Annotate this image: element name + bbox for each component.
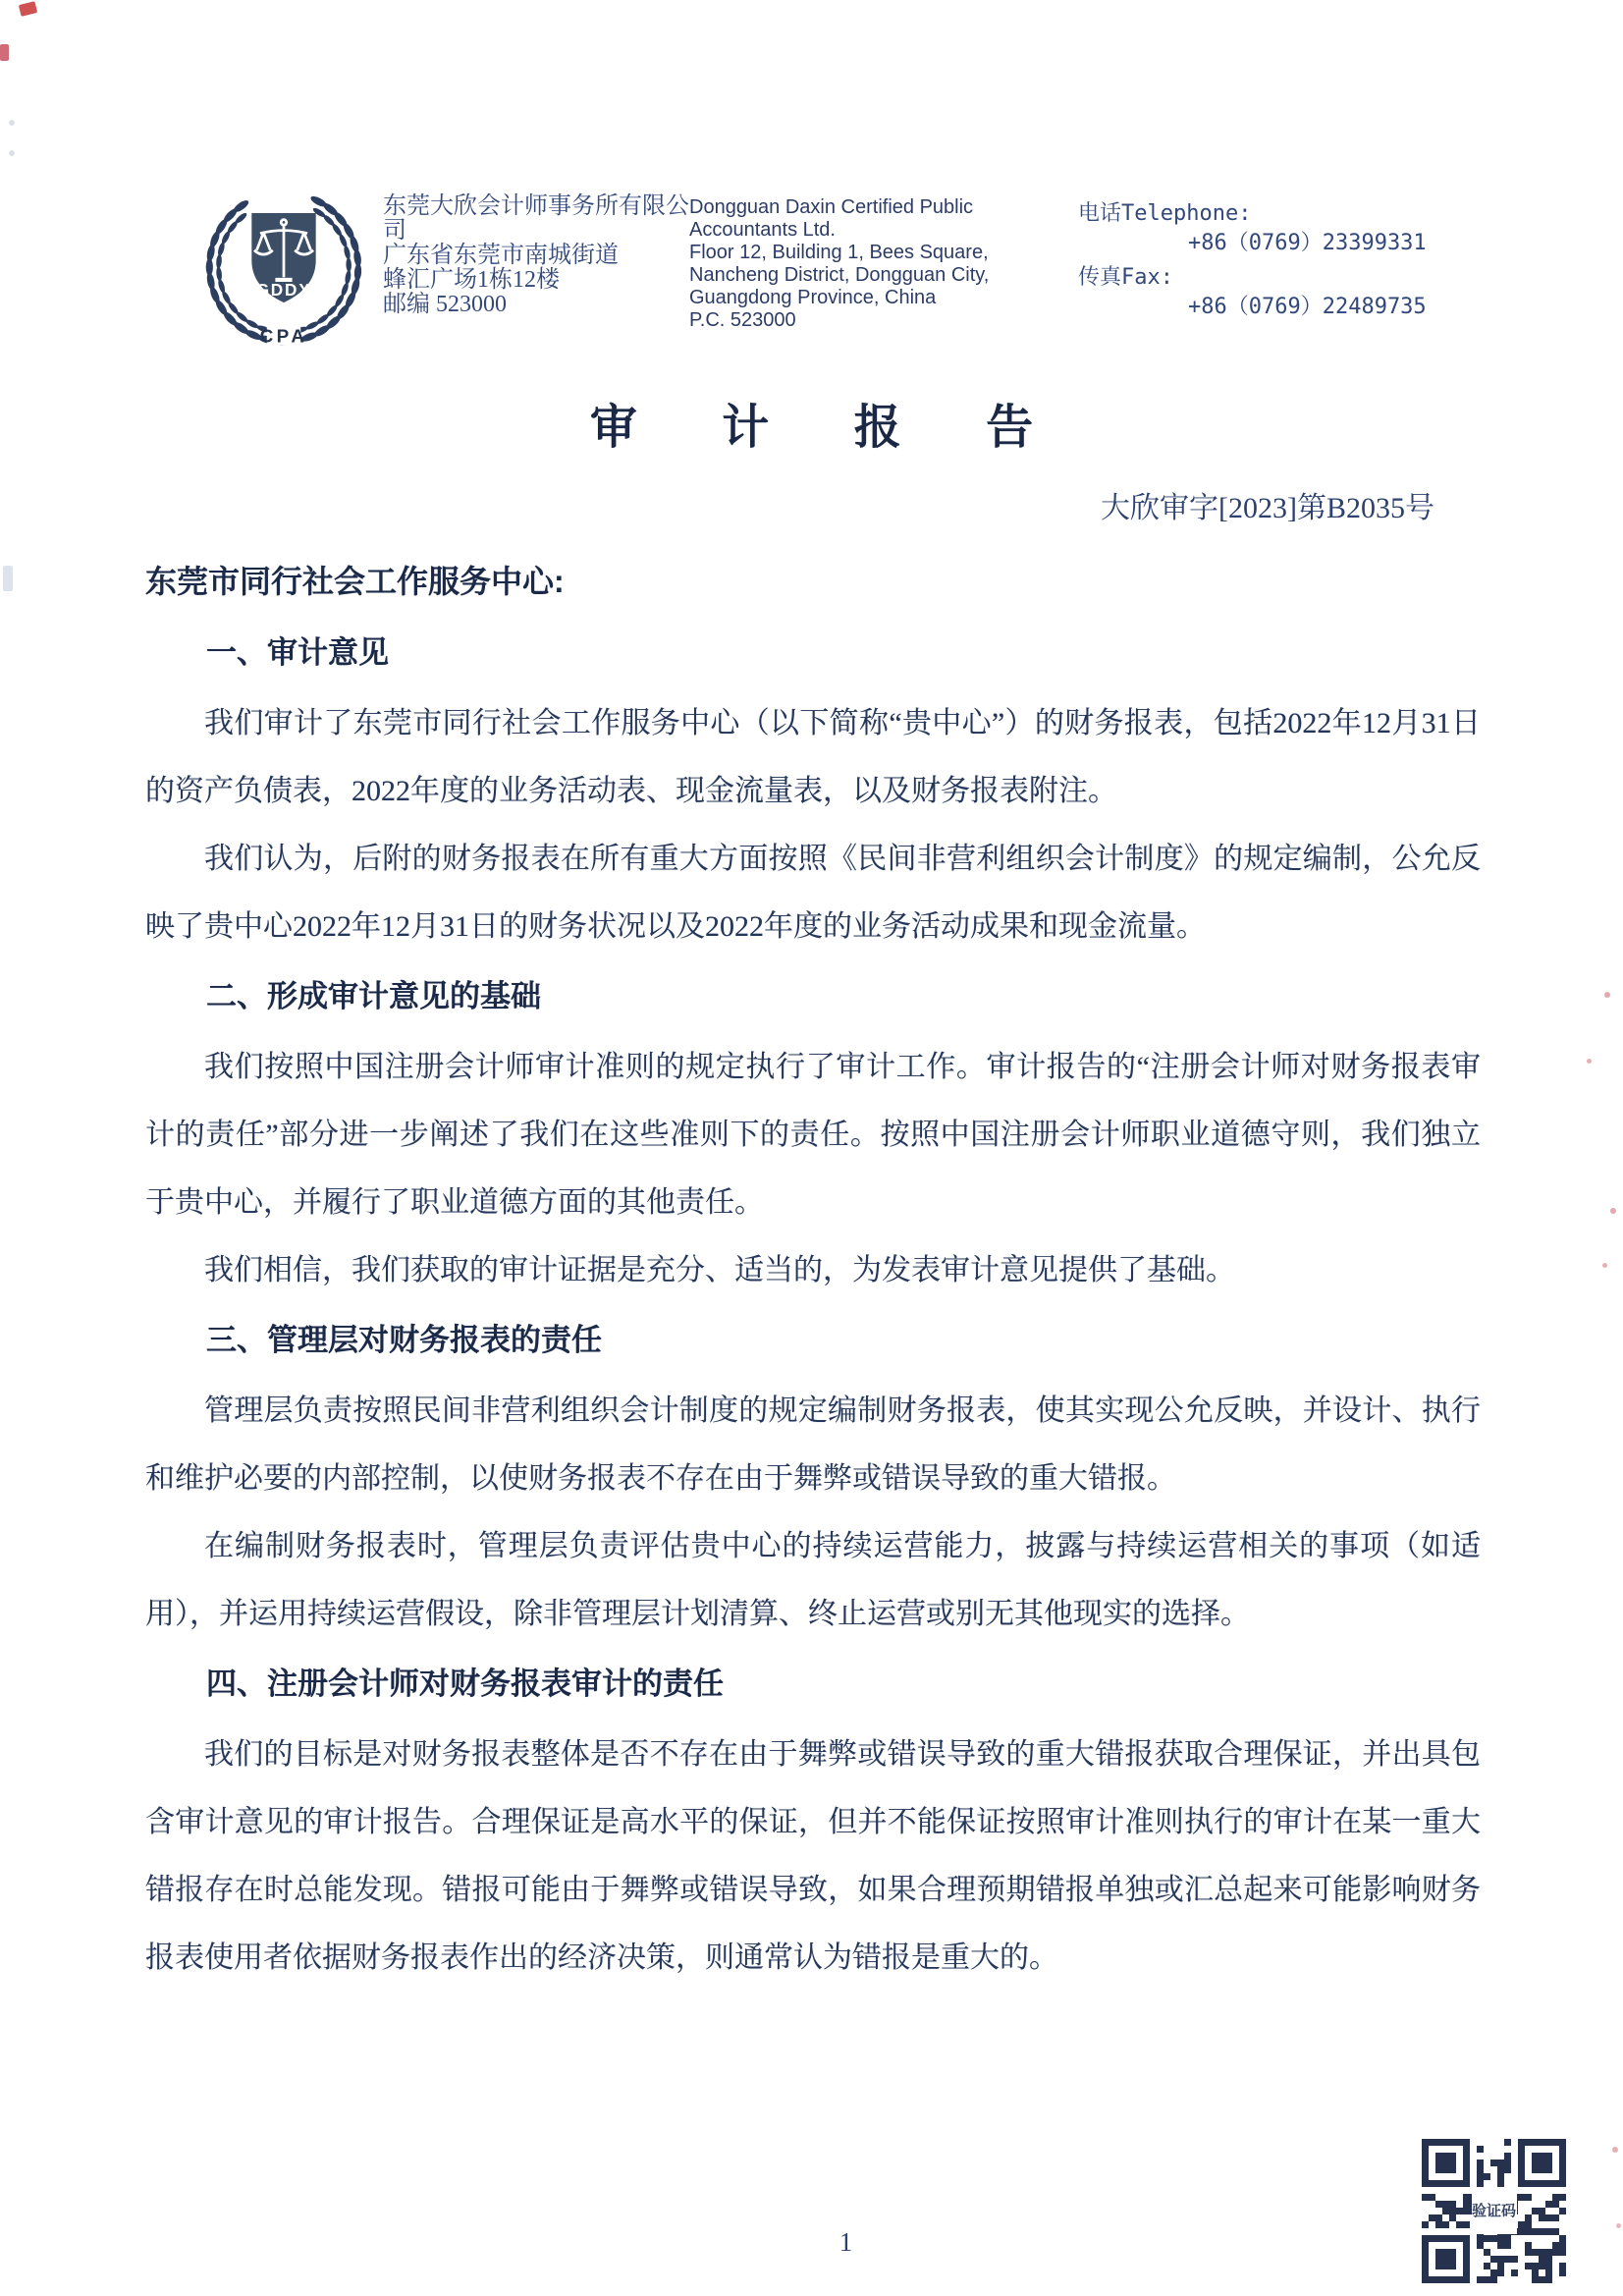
scan-artifact-red-mark bbox=[0, 44, 9, 61]
addressee: 东莞市同行社会工作服务中心: bbox=[145, 546, 1481, 617]
section-2-paragraph-2: 我们相信，我们获取的审计证据是充分、适当的，为发表审计意见提供了基础。 bbox=[145, 1236, 1481, 1304]
scan-artifact-red-dot bbox=[1612, 2147, 1618, 2153]
section-3-paragraph-2: 在编制财务报表时，管理层负责评估贵中心的持续运营能力，披露与持续运营相关的事项（… bbox=[145, 1512, 1481, 1648]
section-heading-2: 二、形成审计意见的基础 bbox=[145, 960, 1481, 1033]
company-name-cn: 东莞大欣会计师事务所有限公司 bbox=[383, 194, 699, 244]
company-postcode-cn: 邮编 523000 bbox=[383, 293, 699, 317]
report-body: 东莞市同行社会工作服务中心: 一、审计意见 我们审计了东莞市同行社会工作服务中心… bbox=[145, 546, 1481, 1992]
logo-shield-text: GDDX bbox=[256, 280, 312, 300]
company-address-cn-2: 蜂汇广场1栋12楼 bbox=[383, 268, 699, 293]
company-postcode-en: P.C. 523000 bbox=[689, 309, 1074, 332]
audit-report-page: GDDX CPA 东莞大欣会计师事务所有限公司 广东省东莞市南城街道 蜂汇广场1… bbox=[0, 0, 1623, 2296]
section-2-paragraph-1: 我们按照中国注册会计师审计准则的规定执行了审计工作。审计报告的“注册会计师对财务… bbox=[145, 1033, 1481, 1236]
company-name-english-block: Dongguan Daxin Certified Public Accounta… bbox=[689, 196, 1074, 332]
scan-artifact-smudge bbox=[3, 566, 13, 591]
cpa-firm-logo: GDDX CPA bbox=[199, 181, 368, 354]
report-title: 审计报告 bbox=[0, 389, 1623, 457]
scan-artifact-red-dot bbox=[1604, 992, 1610, 998]
scan-artifact-red-dot bbox=[1602, 1263, 1607, 1268]
company-name-en: Dongguan Daxin Certified Public Accounta… bbox=[689, 196, 1074, 242]
scan-artifact-dot bbox=[9, 120, 15, 126]
section-heading-4: 四、注册会计师对财务报表审计的责任 bbox=[145, 1648, 1481, 1721]
contact-block: 电话Telephone: +86（0769）23399331 传真Fax: +8… bbox=[1078, 200, 1530, 328]
section-heading-3: 三、管理层对财务报表的责任 bbox=[145, 1304, 1481, 1377]
scan-artifact-red-mark bbox=[19, 1, 37, 17]
scales-of-justice-emblem-icon: GDDX CPA bbox=[199, 181, 368, 354]
scan-artifact-red-dot bbox=[1610, 1208, 1616, 1214]
fax-label: 传真Fax: bbox=[1078, 264, 1530, 292]
section-4-paragraph-1: 我们的目标是对财务报表整体是否不存在由于舞弊或错误导致的重大错报获取合理保证，并… bbox=[145, 1721, 1481, 1992]
logo-cpa-text: CPA bbox=[260, 327, 308, 348]
fax-number: +86（0769）22489735 bbox=[1078, 294, 1530, 321]
telephone-number: +86（0769）23399331 bbox=[1078, 230, 1530, 257]
section-1-paragraph-1: 我们审计了东莞市同行社会工作服务中心（以下简称“贵中心”）的财务报表，包括202… bbox=[145, 689, 1481, 825]
scan-artifact-dot bbox=[9, 150, 15, 156]
section-3-paragraph-1: 管理层负责按照民间非营利组织会计制度的规定编制财务报表，使其实现公允反映，并设计… bbox=[145, 1377, 1481, 1512]
company-name-chinese-block: 东莞大欣会计师事务所有限公司 广东省东莞市南城街道 蜂汇广场1栋12楼 邮编 5… bbox=[383, 194, 699, 317]
company-address-en: Floor 12, Building 1, Bees Square, Nanch… bbox=[689, 242, 1074, 309]
company-address-cn-1: 广东省东莞市南城街道 bbox=[383, 244, 699, 268]
verification-qr-code: 验证码 bbox=[1422, 2139, 1566, 2283]
section-heading-1: 一、审计意见 bbox=[145, 617, 1481, 689]
scan-artifact-red-dot bbox=[1587, 1059, 1592, 1064]
page-number: 1 bbox=[0, 2227, 1623, 2258]
report-reference-number: 大欣审字[2023]第B2035号 bbox=[1101, 483, 1434, 526]
telephone-label: 电话Telephone: bbox=[1078, 200, 1530, 228]
section-1-paragraph-2: 我们认为，后附的财务报表在所有重大方面按照《民间非营利组织会计制度》的规定编制，… bbox=[145, 825, 1481, 960]
